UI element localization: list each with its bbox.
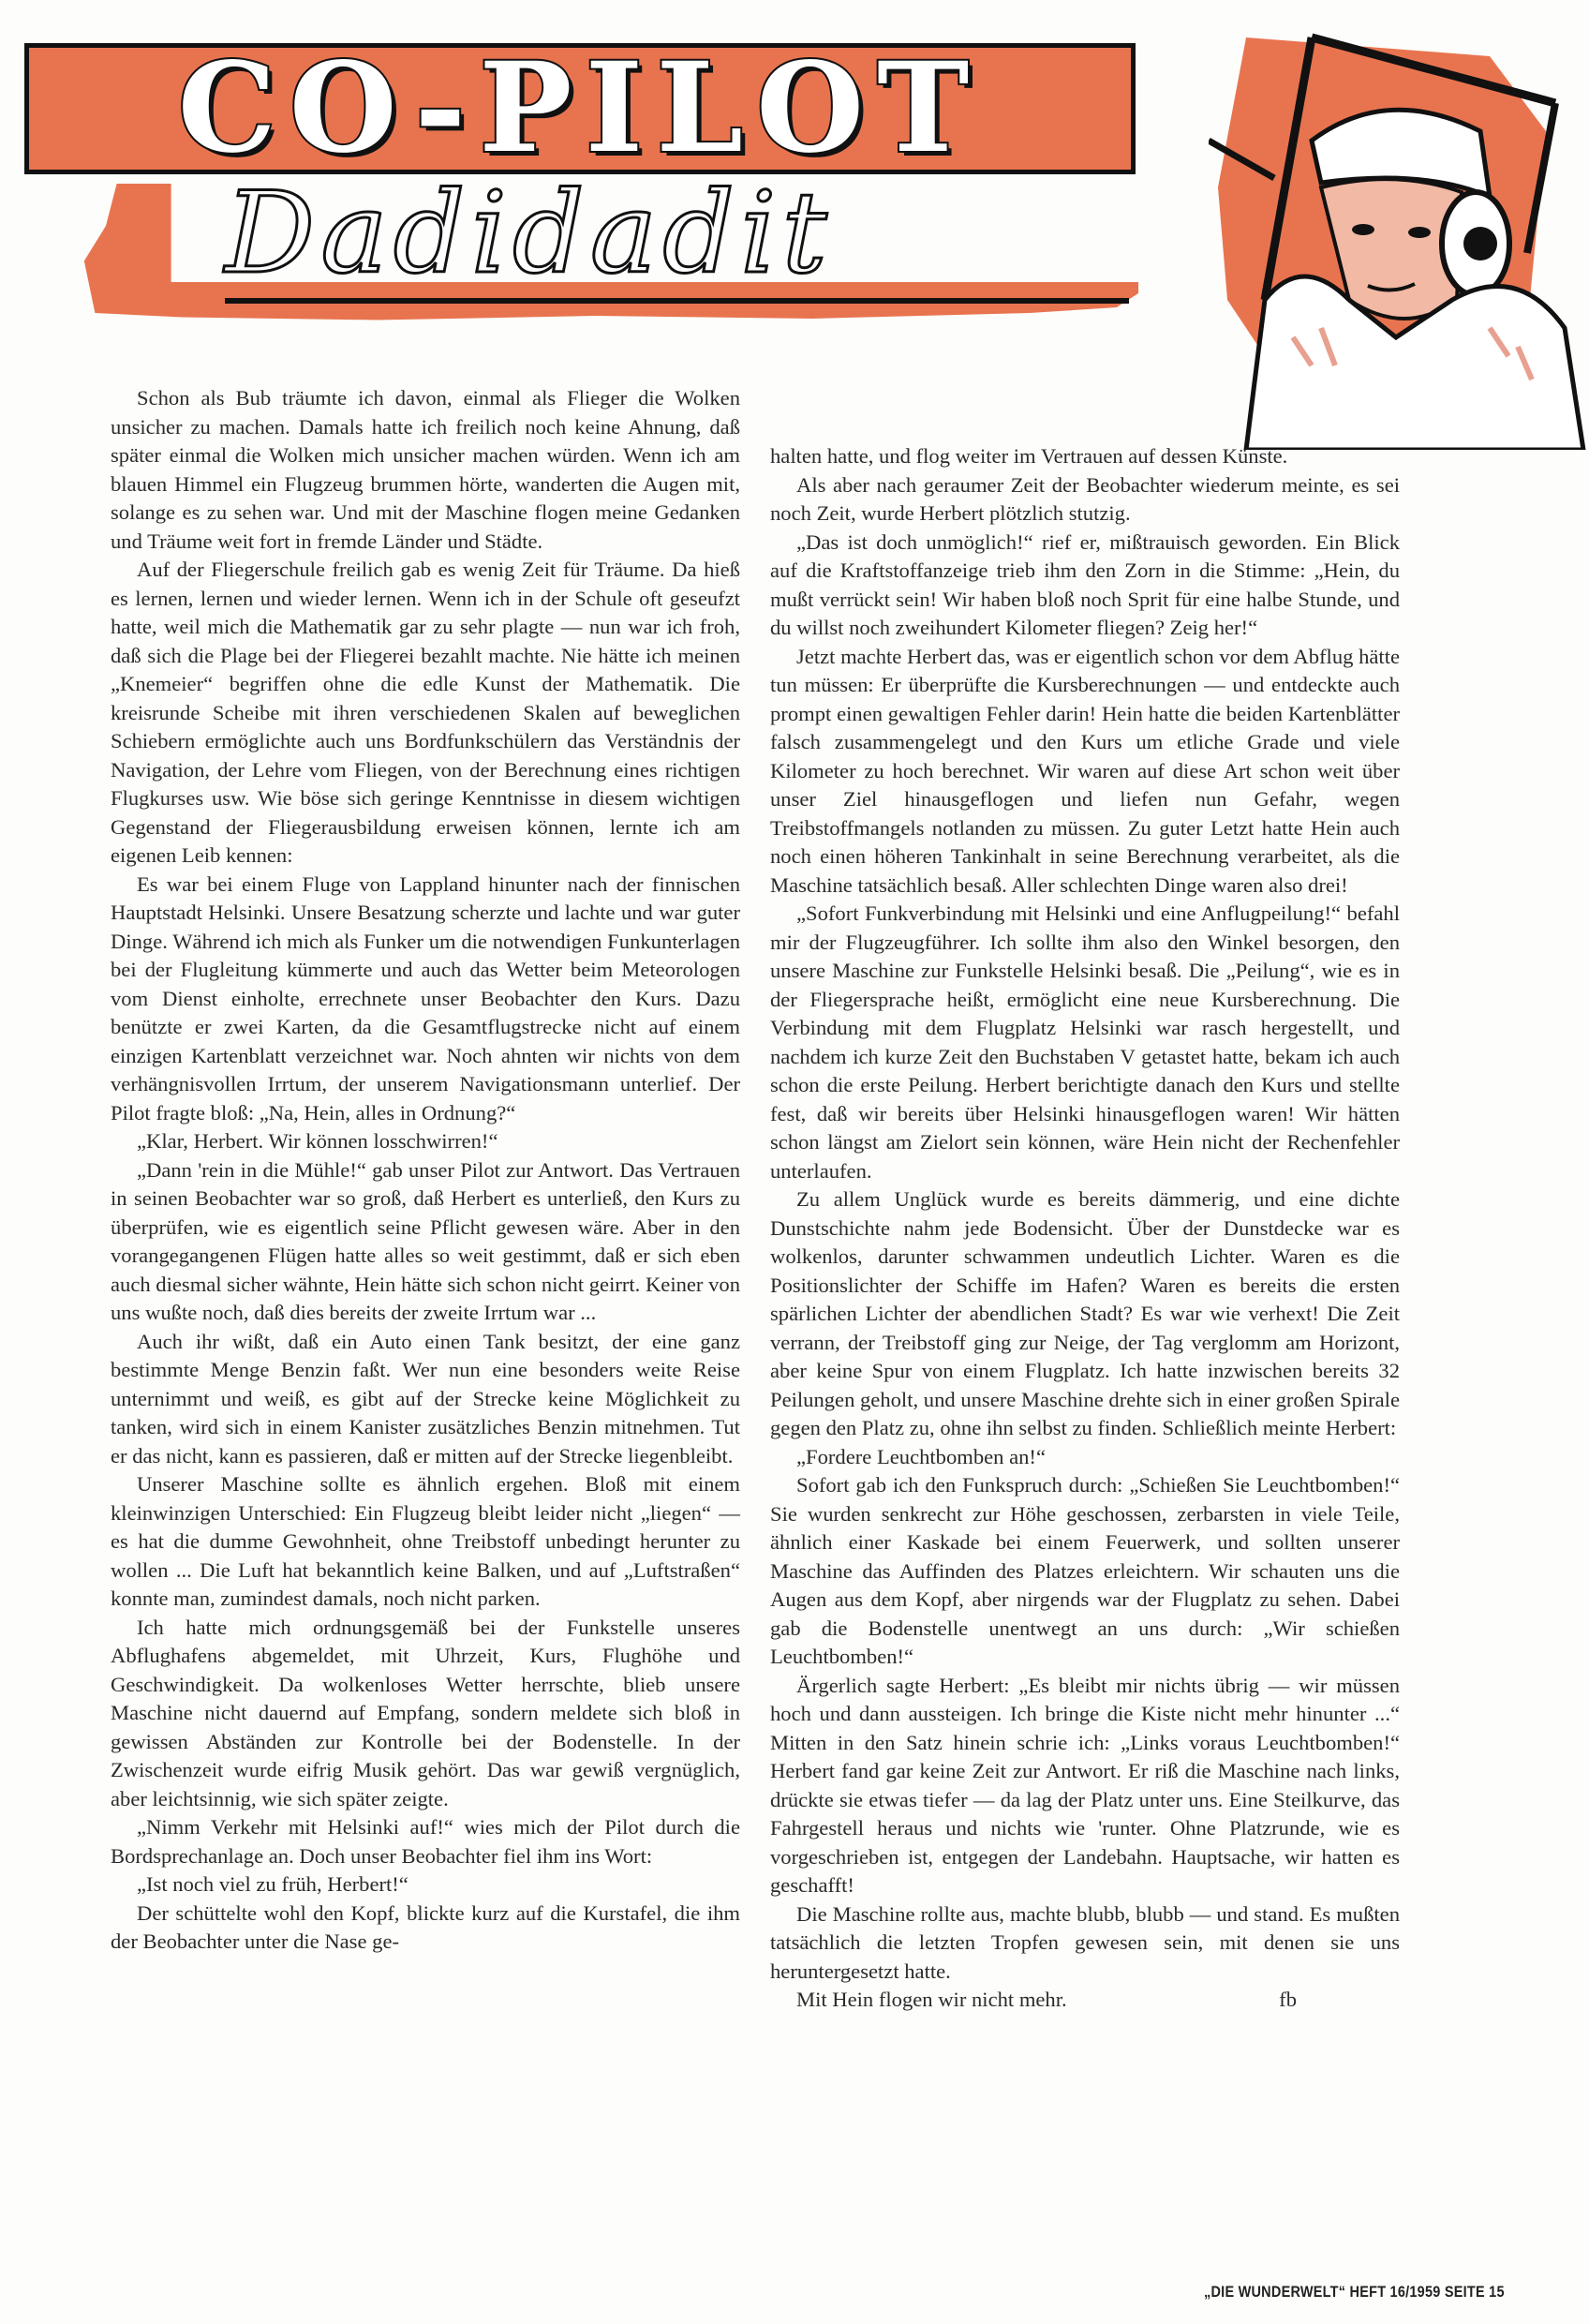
publication-name: „DIE WUNDERWELT“ (1204, 2283, 1345, 2301)
page-footer: „DIE WUNDERWELT“ HEFT 16/1959 SEITE 15 (1204, 2283, 1505, 2302)
paragraph: „Dann 'rein in die Mühle!“ gab unser Pil… (111, 1156, 740, 1328)
pilot-illustration-icon (1209, 19, 1589, 450)
page-title: CO-PILOT (178, 47, 983, 171)
paragraph: „Fordere Leuchtbomben an!“ (770, 1443, 1400, 1472)
paragraph: Sofort gab ich den Funkspruch durch: „Sc… (770, 1471, 1400, 1672)
paragraph: Schon als Bub träumte ich davon, einmal … (111, 384, 740, 556)
paragraph: Jetzt machte Herbert das, was er eigentl… (770, 643, 1400, 901)
closing-line: Mit Hein flogen wir nicht mehr. fb (770, 1986, 1400, 2015)
paragraph: „Ist noch viel zu früh, Herbert!“ (111, 1870, 740, 1899)
paragraph: Ärgerlich sagte Herbert: „Es bleibt mir … (770, 1672, 1400, 1900)
issue-number: HEFT 16/1959 (1350, 2283, 1441, 2301)
article-column-right: halten hatte, und flog weiter im Vertrau… (770, 442, 1400, 2015)
subtitle-underline (225, 298, 1129, 304)
paragraph: Auch ihr wißt, daß ein Auto einen Tank b… (111, 1328, 740, 1471)
paragraph: Als aber nach geraumer Zeit der Beobacht… (770, 471, 1400, 529)
paragraph: „Klar, Herbert. Wir können losschwirren!… (111, 1127, 740, 1156)
paragraph: Unserer Maschine sollte es ähnlich ergeh… (111, 1470, 740, 1614)
paragraph: „Nimm Verkehr mit Helsinki auf!“ wies mi… (111, 1813, 740, 1870)
article-column-left: Schon als Bub träumte ich davon, einmal … (111, 384, 740, 1957)
title-banner: CO-PILOT (24, 43, 1136, 174)
paragraph: Der schüttelte wohl den Kopf, blickte ku… (111, 1899, 740, 1957)
paragraph: Es war bei einem Fluge von Lappland hinu… (111, 871, 740, 1128)
closing-sentence: Mit Hein flogen wir nicht mehr. (770, 1986, 1067, 2015)
paragraph: Die Maschine rollte aus, machte blubb, b… (770, 1900, 1400, 1987)
paragraph: Auf der Fliegerschule freilich gab es we… (111, 556, 740, 871)
subtitle: Dadidadit (225, 173, 1124, 295)
author-initials: fb (1253, 1986, 1297, 2015)
paragraph: „Sofort Funkverbindung mit Helsinki und … (770, 900, 1400, 1185)
paragraph: Zu allem Unglück wurde es bereits dämmer… (770, 1185, 1400, 1443)
page-number: SEITE 15 (1445, 2283, 1505, 2301)
paragraph: Ich hatte mich ordnungsgemäß bei der Fun… (111, 1614, 740, 1814)
paragraph-continuation: halten hatte, und flog weiter im Vertrau… (770, 442, 1400, 471)
paragraph: „Das ist doch unmöglich!“ rief er, mißtr… (770, 529, 1400, 643)
